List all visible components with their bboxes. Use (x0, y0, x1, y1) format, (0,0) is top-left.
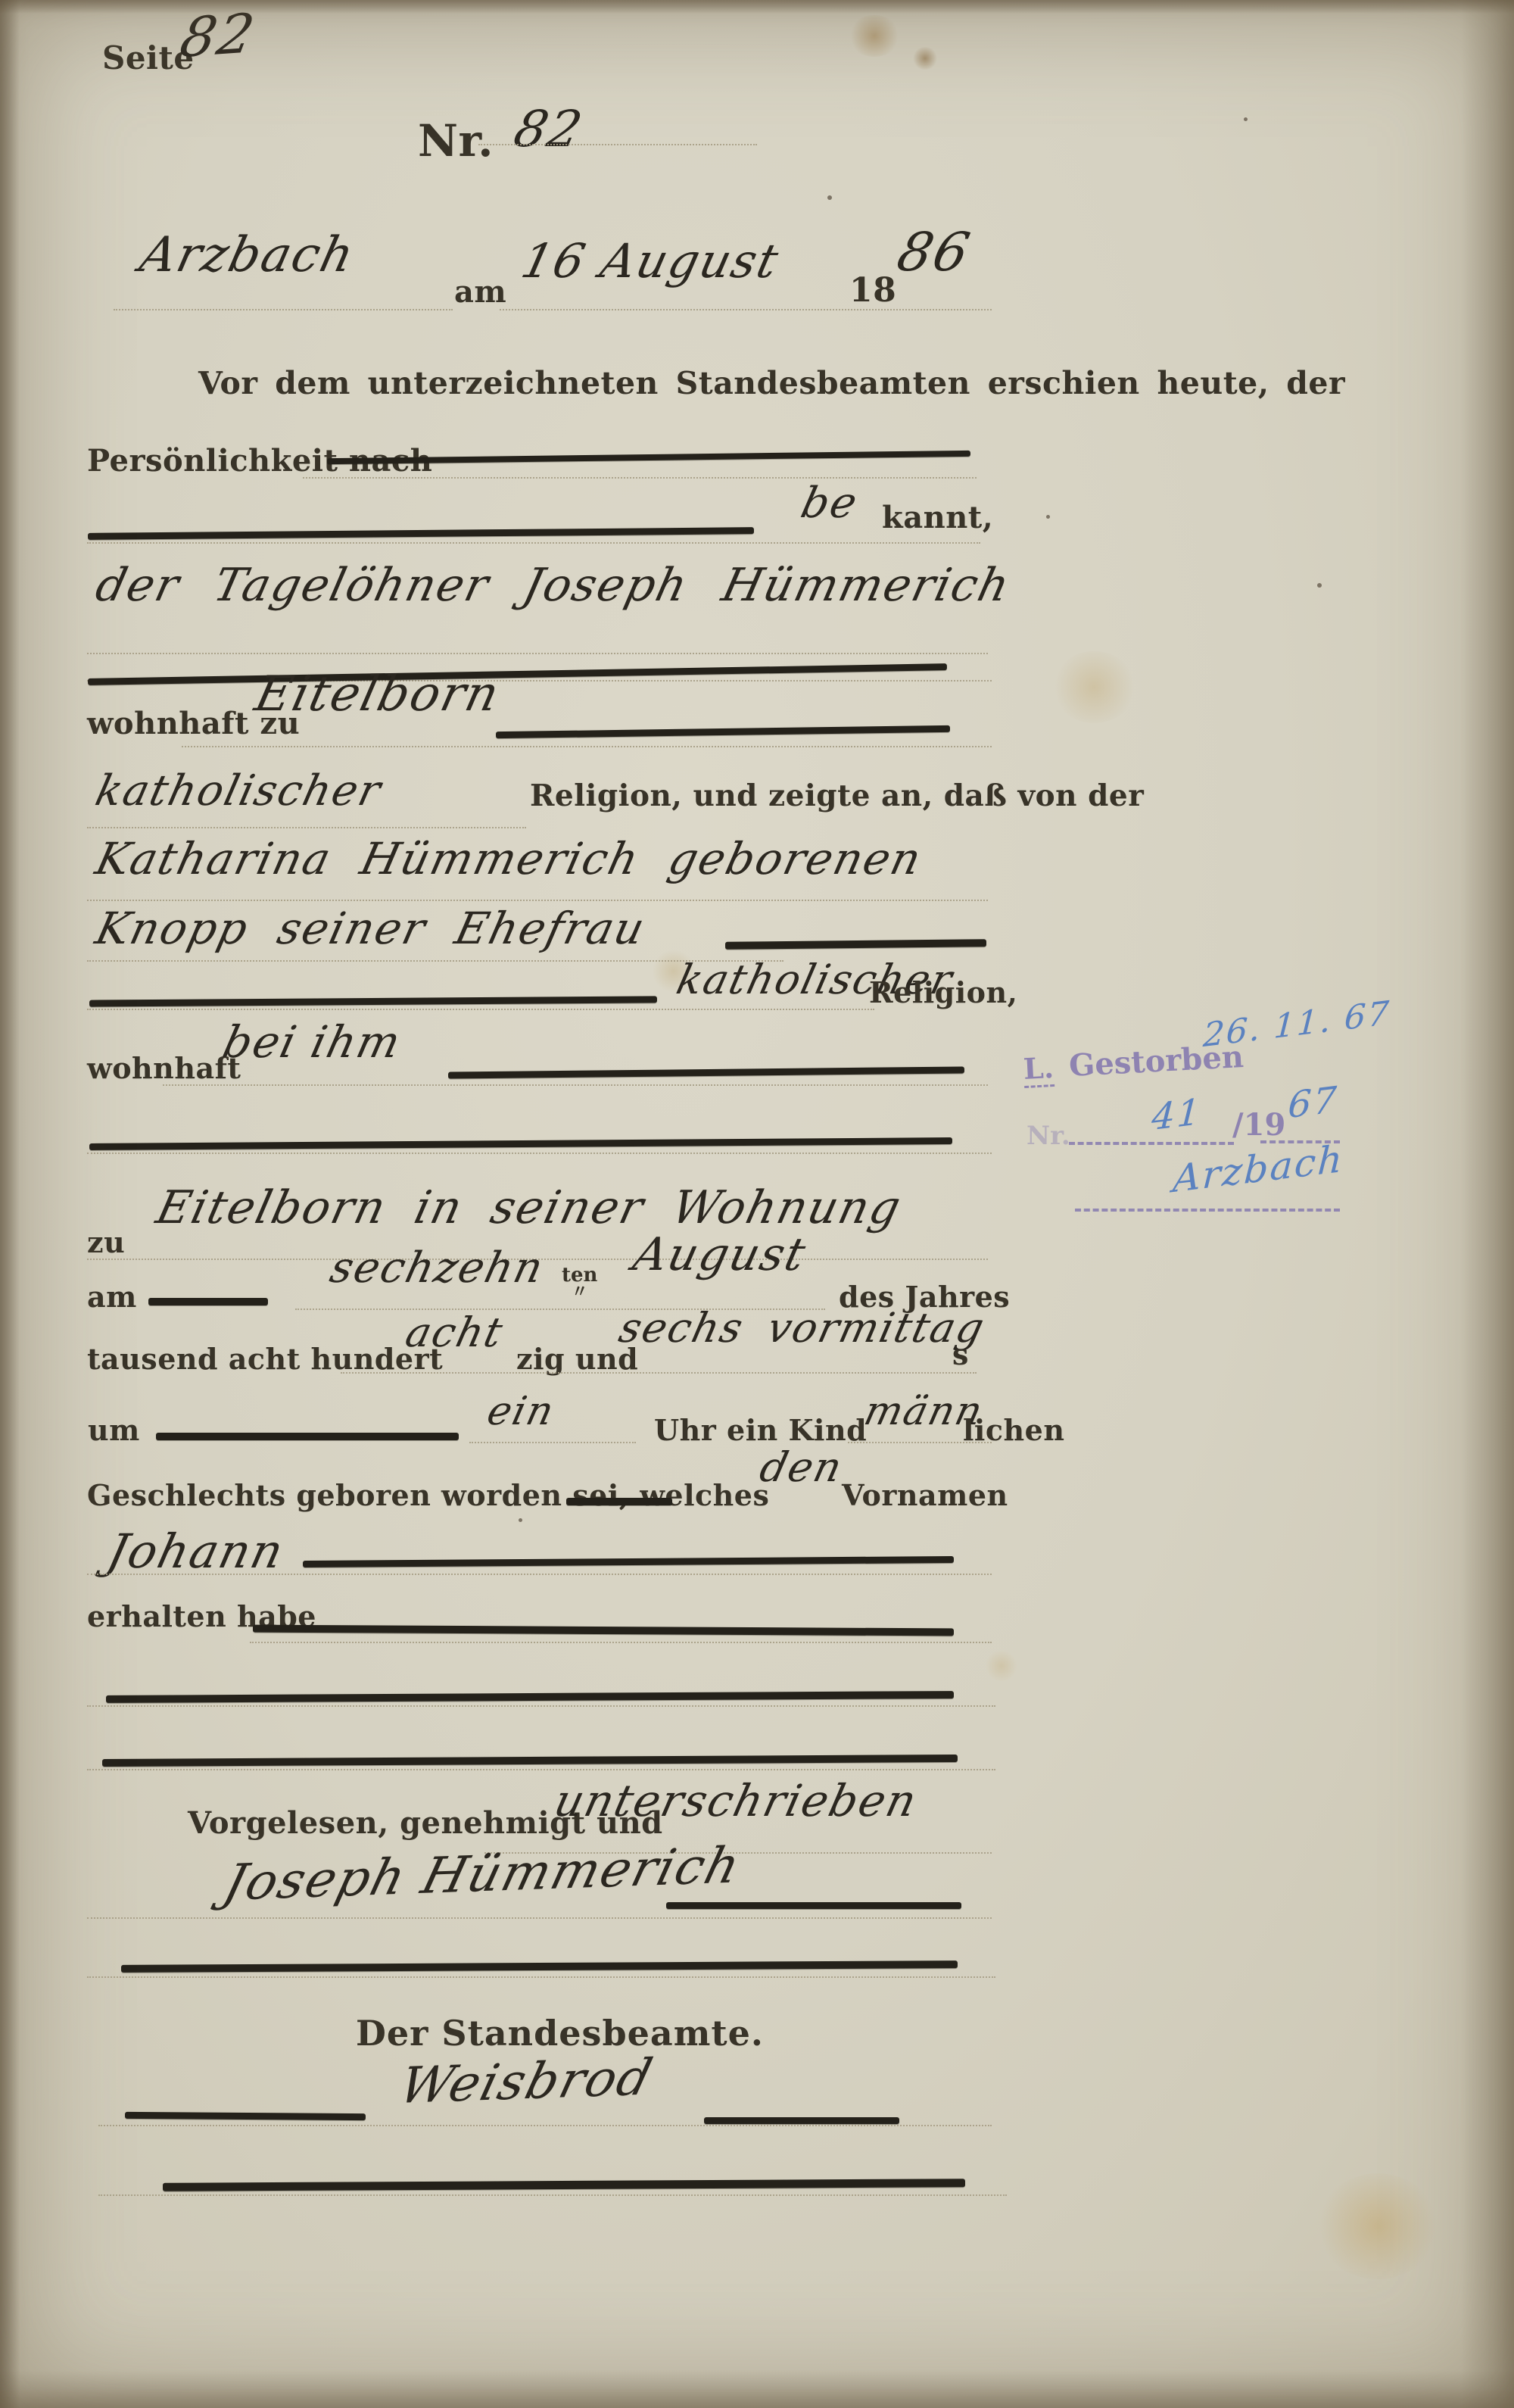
record-date-value: 16 August (516, 233, 785, 289)
dotted-rule (87, 1705, 995, 1707)
declarant-signature: Joseph Hümmerich (218, 1836, 747, 1912)
dotted-rule (87, 1769, 995, 1770)
dotted-rule (87, 827, 526, 828)
dotted-rule (478, 144, 757, 145)
registrar-title: Der Standesbeamte. (356, 2013, 764, 2054)
page-edge-top (0, 0, 1514, 14)
inked-blank-line (448, 1066, 964, 1078)
ink-speck (1317, 583, 1322, 588)
inked-blank-line (704, 2117, 899, 2124)
religion2-printed: Religion, (869, 975, 1017, 1009)
inked-blank-line (666, 1902, 961, 1909)
dotted-rule (98, 2125, 992, 2126)
inked-blank-line (156, 1433, 459, 1440)
inked-blank-line (102, 1755, 958, 1767)
inked-blank-line (303, 1556, 954, 1567)
year-decade-written: acht (401, 1308, 508, 1356)
inked-blank-line (121, 1960, 958, 1973)
hour-written: ein (483, 1389, 559, 1434)
dotted-rule (87, 1917, 992, 1919)
mother-maiden-line: Knopp seiner Ehefrau (91, 903, 651, 954)
dotted-rule (848, 1442, 992, 1443)
record-number-label: Nr. (418, 115, 494, 167)
year-printed-prefix: 18 (849, 271, 896, 310)
dotted-rule (469, 1442, 636, 1443)
record-place-value: Arzbach (135, 227, 360, 283)
ref-nr-stamp-label: Nr. (1026, 1121, 1070, 1151)
register-page-scan: Seite 82 Nr. 82 Arzbach am 16 August 18 … (0, 0, 1514, 2408)
ink-speck (827, 195, 832, 200)
dotted-rule (114, 309, 453, 310)
vornamen-printed: Vornamen (842, 1478, 1008, 1512)
year-written-suffix: 86 (892, 221, 977, 283)
inked-blank-line (163, 2179, 965, 2191)
dotted-rule (182, 746, 992, 747)
religion1-printed: Religion, und zeigte an, daß von der (530, 778, 1144, 813)
death-stamp-prefix: L. (1023, 1050, 1055, 1088)
dotted-rule (87, 1009, 874, 1010)
year-words-printed1: tausend acht hundert (87, 1342, 443, 1376)
dotted-rule (250, 1642, 992, 1643)
foxing-stain (1052, 651, 1135, 723)
am-label: am (454, 274, 506, 310)
ditto-mark: 〃 (572, 1284, 588, 1299)
record-number-value: 82 (509, 100, 589, 158)
ref-number-annotation: 41 (1151, 1090, 1203, 1139)
dotted-rule (98, 2194, 1007, 2196)
page-edge-left (0, 0, 20, 2408)
stamp-dashed-rule (1075, 1209, 1340, 1212)
foxing-stain (848, 15, 901, 57)
inked-blank-line (496, 725, 950, 738)
den-written: den (755, 1443, 848, 1491)
ref-year-annotation: 67 (1287, 1078, 1339, 1127)
stamp-dashed-rule (1069, 1142, 1234, 1145)
child-name-value: Johann (102, 1524, 290, 1579)
dotted-rule (87, 960, 783, 962)
dotted-rule (341, 1372, 977, 1374)
closing-written: unterschrieben (550, 1775, 923, 1826)
residence-value: Eitelborn (250, 666, 506, 722)
inked-blank-line (253, 1625, 954, 1636)
am2-label: am (87, 1280, 137, 1314)
ink-speck (519, 1518, 522, 1522)
bekannt-written-part: be (796, 479, 863, 528)
mother-name-line: Katharina Hümmerich geborenen (91, 833, 927, 884)
ref-year-printed: /19 (1232, 1107, 1285, 1143)
inked-blank-line (106, 1691, 954, 1703)
registrar-signature: Weisbrod (394, 2048, 659, 2115)
page-edge-bottom (0, 2370, 1514, 2408)
ink-speck (1244, 117, 1248, 121)
dotted-rule (87, 653, 988, 654)
page-edge-right (1461, 0, 1514, 2408)
dotted-rule (163, 1084, 988, 1086)
dotted-rule (500, 309, 992, 310)
foxing-stain (912, 47, 938, 70)
inked-blank-line (566, 1498, 672, 1505)
s-printed: s (952, 1337, 969, 1371)
foxing-stain (1317, 2173, 1438, 2279)
inked-blank-line (89, 1137, 952, 1150)
religion1-written: katholischer (91, 766, 387, 816)
dotted-rule (87, 1976, 995, 1978)
ref-place-annotation: Arzbach (1172, 1137, 1345, 1201)
um-label: um (88, 1413, 140, 1447)
inked-blank-line (89, 996, 657, 1006)
ten-suffix-stack: ten 〃 (562, 1266, 597, 1299)
wohnhaft-value: bei ihm (218, 1016, 407, 1068)
death-date-annotation: 26. 11. 67 (1202, 994, 1391, 1055)
intro-line: Vor dem unterzeichneten Standesbeamten e… (198, 365, 1345, 401)
birth-place-value: Eitelborn in seiner Wohnung (151, 1181, 907, 1234)
inked-blank-line (725, 939, 986, 950)
inked-blank-line (125, 2112, 366, 2120)
foxing-stain (984, 1651, 1019, 1681)
geschlechts-printed: Geschlechts geboren worden sei, welches (87, 1478, 769, 1512)
ink-speck (1046, 515, 1050, 519)
inked-blank-line (148, 1298, 268, 1305)
uhr-kind-printed: Uhr ein Kind (654, 1413, 867, 1447)
dotted-rule (87, 900, 988, 901)
dotted-rule (303, 477, 977, 479)
dotted-rule (87, 1574, 992, 1575)
dotted-rule (87, 542, 980, 544)
dotted-rule (87, 1153, 992, 1154)
birth-month-value: August (628, 1228, 812, 1281)
wohnhaft-label: wohnhaft (87, 1051, 241, 1085)
inked-blank-line (88, 663, 947, 685)
declarant-line: der Tagelöhner Joseph Hümmerich (91, 559, 1016, 612)
bekannt-printed-part: kannt, (882, 500, 993, 535)
zu-label: zu (87, 1225, 125, 1259)
birth-day-value: sechzehn (326, 1243, 549, 1293)
inked-blank-line (88, 527, 754, 540)
year-units-written: sechs vormittag (615, 1304, 990, 1352)
